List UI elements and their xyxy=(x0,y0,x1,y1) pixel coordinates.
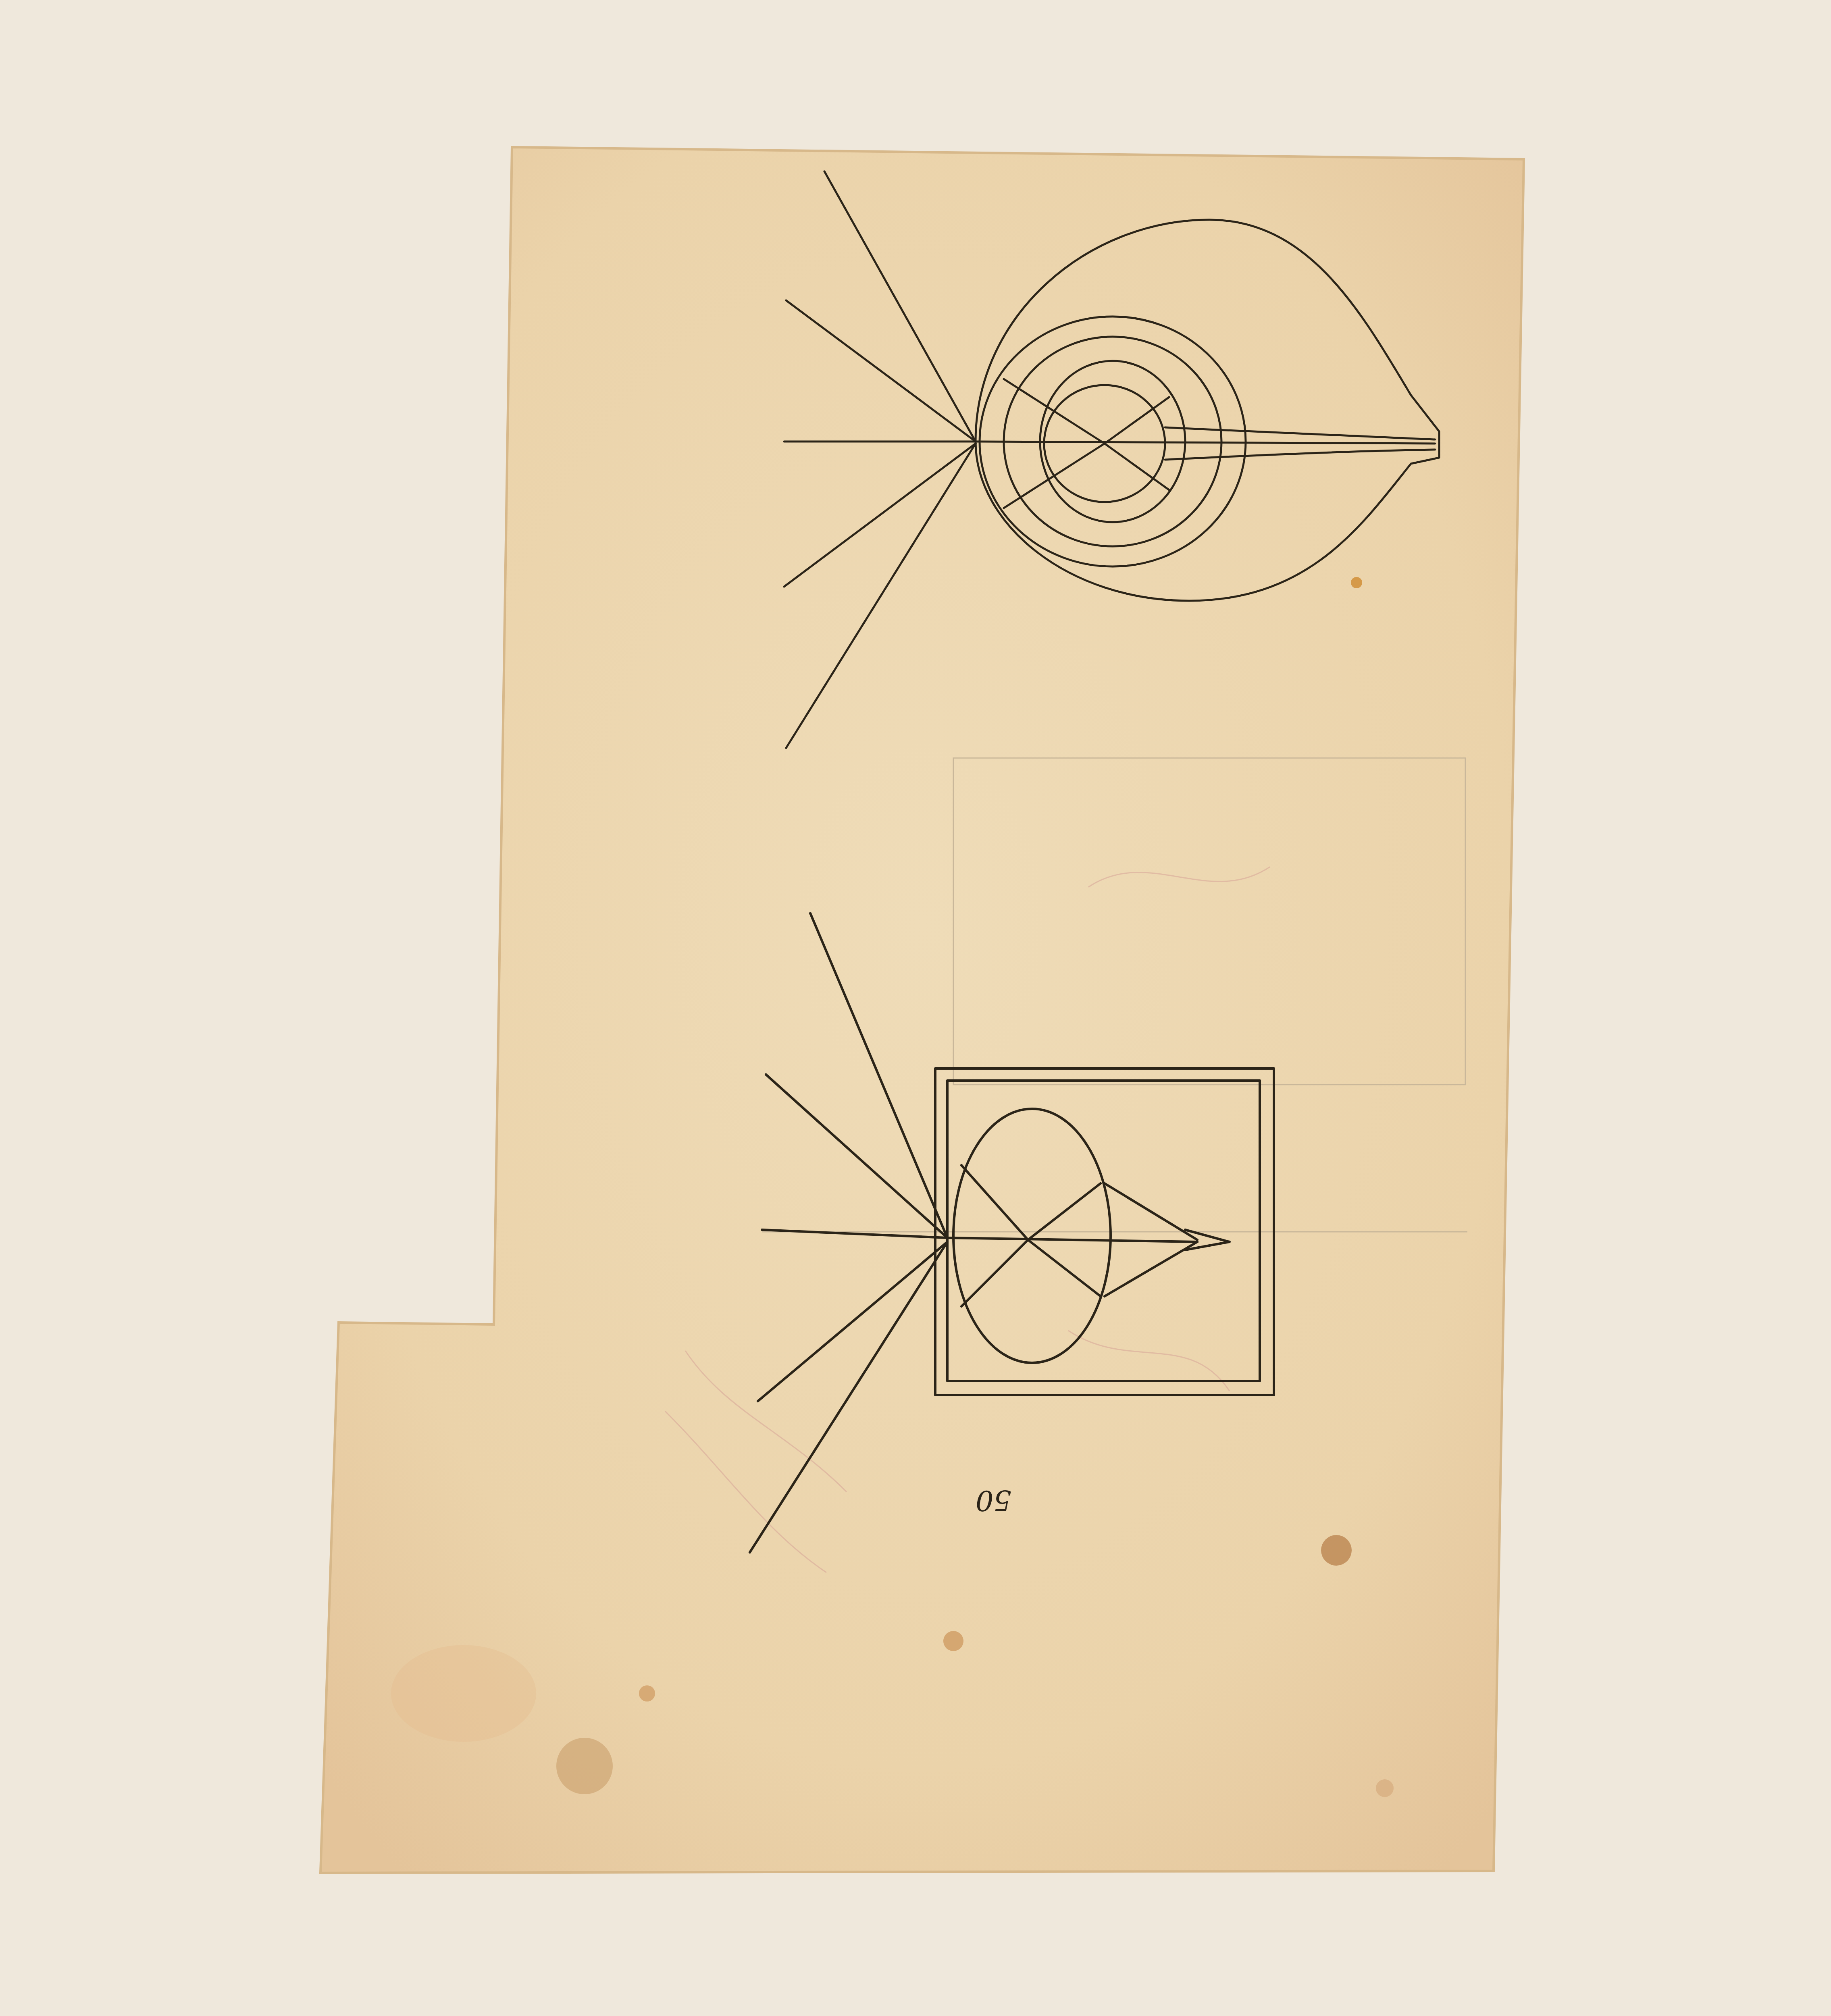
drawing-canvas xyxy=(0,0,1831,2016)
paper-sheet xyxy=(320,147,1524,1873)
folio-number: 50 xyxy=(976,1484,1011,1517)
